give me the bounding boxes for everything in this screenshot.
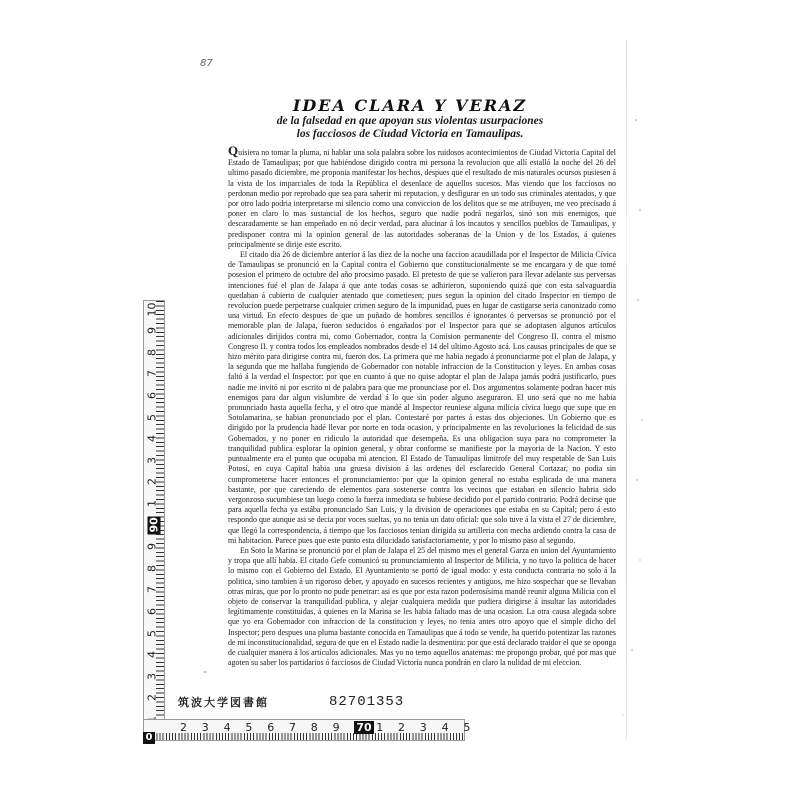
ruler-label: 5: [463, 721, 470, 734]
ruler-label: 9: [333, 721, 340, 734]
ruler-label: 2: [146, 475, 159, 489]
ruler-label: 4: [442, 721, 449, 734]
ruler-label: 2: [398, 721, 405, 734]
library-stamp: 筑波大学図書館 82701353: [178, 694, 404, 710]
ruler-label: 70: [354, 721, 373, 734]
ruler-label: 6: [267, 721, 274, 734]
paragraph-text: uisiera no tomar la pluma, ni hablar una…: [228, 148, 616, 249]
library-name: 筑波大学図書館: [178, 694, 269, 710]
ruler-zero-label: 0: [143, 732, 155, 744]
ruler-label: 9: [146, 324, 159, 338]
ruler-label: 2: [146, 691, 159, 705]
ruler-label: 5: [245, 721, 252, 734]
paragraph: En Soto la Marina se pronunció por el pl…: [228, 546, 616, 668]
ruler-label: 4: [224, 721, 231, 734]
vertical-scale-ruler: 1234567899012345678910: [143, 300, 165, 740]
ruler-label: 5: [146, 626, 159, 640]
ruler-label: 4: [146, 648, 159, 662]
folio-number: 87: [200, 58, 213, 69]
ruler-label: 90: [148, 516, 161, 534]
ruler-label: 8: [146, 561, 159, 575]
subtitle-line: los facciosos de Ciudad Victoria en Tama…: [180, 128, 640, 141]
ruler-label: 6: [146, 389, 159, 403]
document-title: IDEA CLARA Y VERAZ: [180, 96, 640, 115]
ruler-ticks: [144, 733, 464, 740]
paragraph: Quisiera no tomar la pluma, ni hablar un…: [228, 146, 616, 250]
paragraph: El citado dia 26 de diciembre anterior á…: [228, 250, 616, 546]
ruler-label: 3: [146, 453, 159, 467]
ruler-label: 1: [376, 721, 383, 734]
document-subtitle: de la falsedad en que apoyan sus violent…: [180, 115, 640, 141]
ruler-label: 10: [146, 302, 159, 316]
ruler-label: 8: [146, 345, 159, 359]
ruler-label: 9: [146, 540, 159, 554]
ruler-label: 5: [146, 410, 159, 424]
ruler-label: 7: [289, 721, 296, 734]
subtitle-line: de la falsedad en que apoyan sus violent…: [180, 115, 640, 128]
ruler-label: 3: [202, 721, 209, 734]
drop-cap: Q: [228, 143, 238, 158]
ruler-label: 3: [146, 669, 159, 683]
ruler-label: 6: [146, 605, 159, 619]
ruler-label: 8: [311, 721, 318, 734]
document-body: Quisiera no tomar la pluma, ni hablar un…: [228, 146, 616, 668]
ruler-label: 4: [146, 432, 159, 446]
ruler-label: 7: [146, 367, 159, 381]
ruler-label: 1: [146, 497, 159, 511]
ruler-label: 7: [146, 583, 159, 597]
ruler-label: 3: [420, 721, 427, 734]
ruler-label: 2: [180, 721, 187, 734]
catalog-number: 82701353: [329, 694, 404, 710]
horizontal-scale-ruler: 234567897012345: [143, 719, 465, 741]
page-edge: [626, 40, 627, 740]
